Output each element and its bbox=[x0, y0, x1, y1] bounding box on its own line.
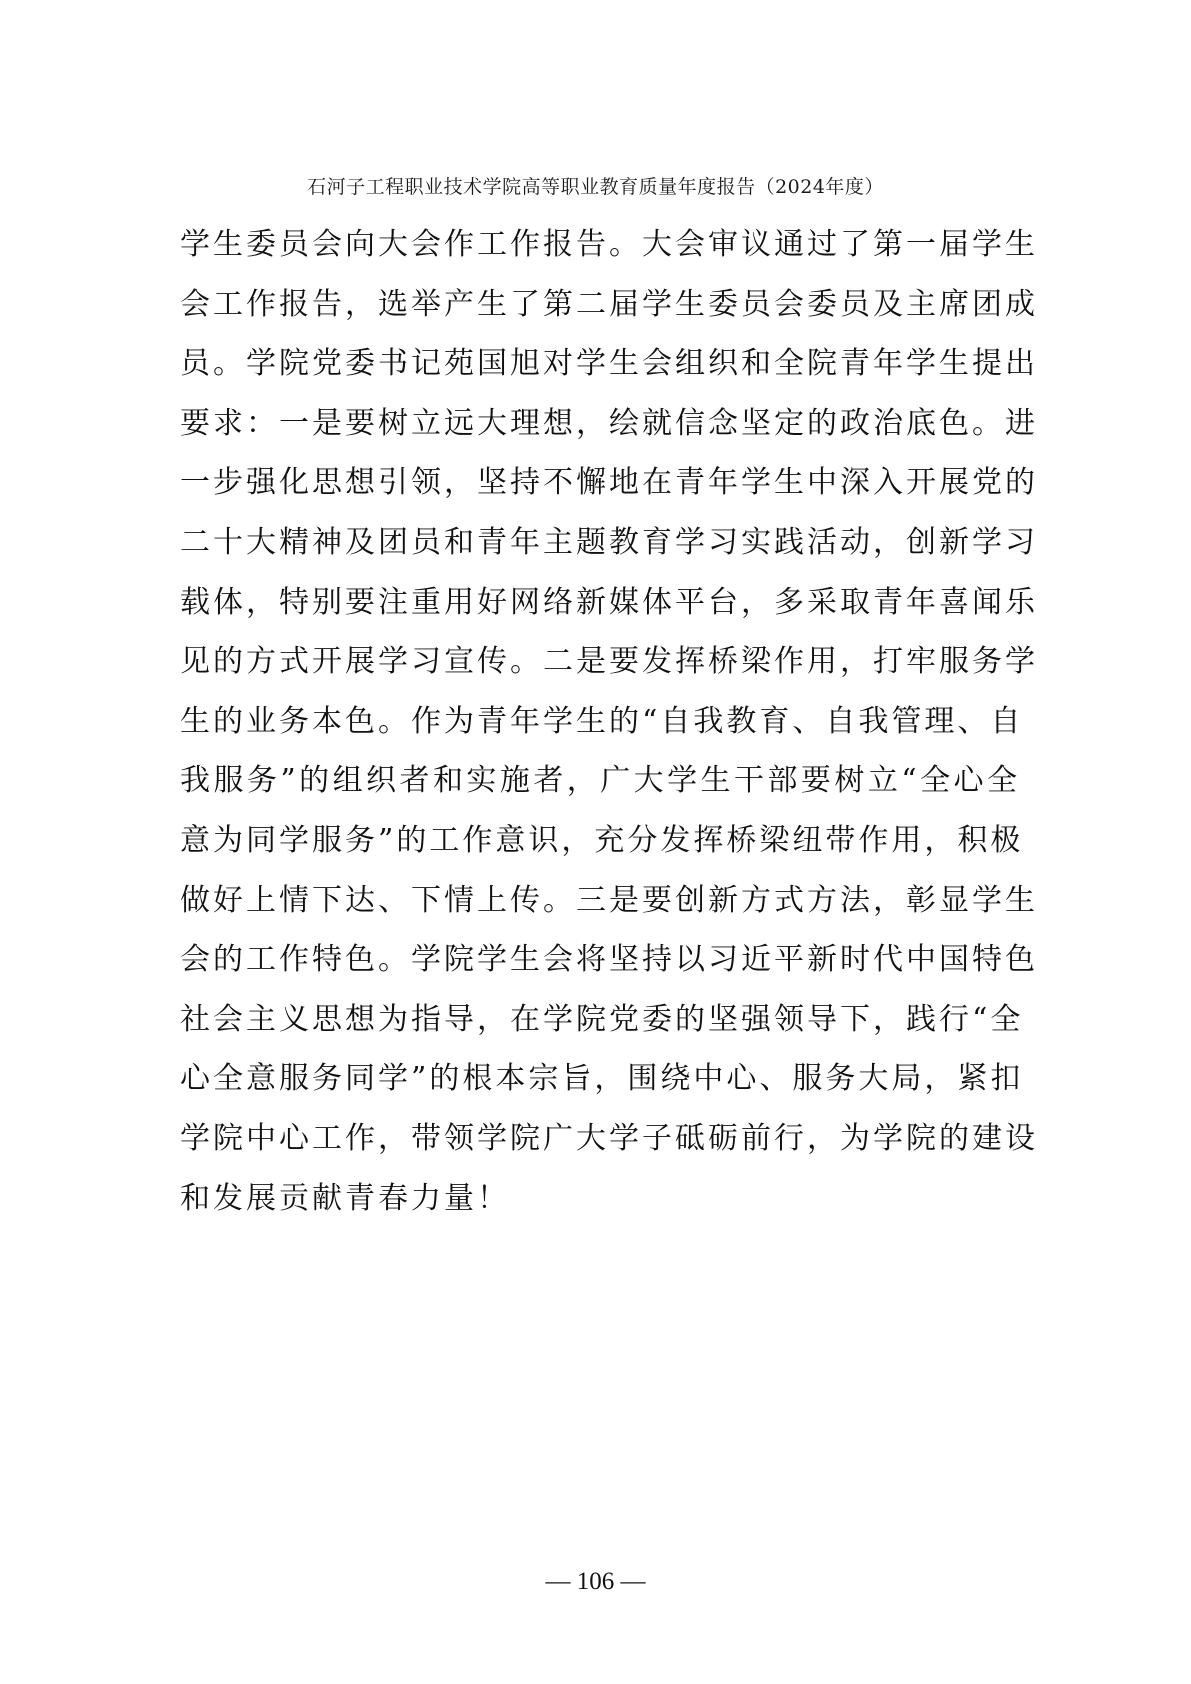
running-header: 石河子工程职业技术学院高等职业教育质量年度报告（2024年度） bbox=[0, 172, 1191, 199]
text-line: 要求：一是要树立远大理想，绘就信念坚定的政治底色。进 bbox=[180, 394, 1020, 454]
text-line: 二十大精神及团员和青年主题教育学习实践活动，创新学习 bbox=[180, 513, 1020, 573]
text-line: 员。学院党委书记苑国旭对学生会组织和全院青年学生提出 bbox=[180, 334, 1020, 394]
text-line: 一步强化思想引领，坚持不懈地在青年学生中深入开展党的 bbox=[180, 453, 1020, 513]
page-number: — 106 — bbox=[0, 1568, 1191, 1596]
text-line: 做好上情下达、下情上传。三是要创新方式方法，彰显学生 bbox=[180, 871, 1020, 931]
text-line: 载体，特别要注重用好网络新媒体平台，多采取青年喜闻乐 bbox=[180, 573, 1020, 633]
text-line: 见的方式开展学习宣传。二是要发挥桥梁作用，打牢服务学 bbox=[180, 632, 1020, 692]
text-line: 生的业务本色。作为青年学生的“自我教育、自我管理、自 bbox=[180, 692, 1020, 752]
text-line: 社会主义思想为指导，在学院党委的坚强领导下，践行“全 bbox=[180, 990, 1020, 1050]
body-paragraph: 学生委员会向大会作工作报告。大会审议通过了第一届学生 会工作报告，选举产生了第二… bbox=[180, 215, 1020, 1228]
text-line: 会的工作特色。学院学生会将坚持以习近平新时代中国特色 bbox=[180, 930, 1020, 990]
text-line: 学生委员会向大会作工作报告。大会审议通过了第一届学生 bbox=[180, 215, 1020, 275]
text-line-last: 和发展贡献青春力量！ bbox=[180, 1169, 1020, 1229]
text-line: 意为同学服务”的工作意识，充分发挥桥梁纽带作用，积极 bbox=[180, 811, 1020, 871]
text-line: 心全意服务同学”的根本宗旨，围绕中心、服务大局，紧扣 bbox=[180, 1049, 1020, 1109]
text-line: 学院中心工作，带领学院广大学子砥砺前行，为学院的建设 bbox=[180, 1109, 1020, 1169]
text-line: 我服务”的组织者和实施者，广大学生干部要树立“全心全 bbox=[180, 751, 1020, 811]
text-line: 会工作报告，选举产生了第二届学生委员会委员及主席团成 bbox=[180, 275, 1020, 335]
